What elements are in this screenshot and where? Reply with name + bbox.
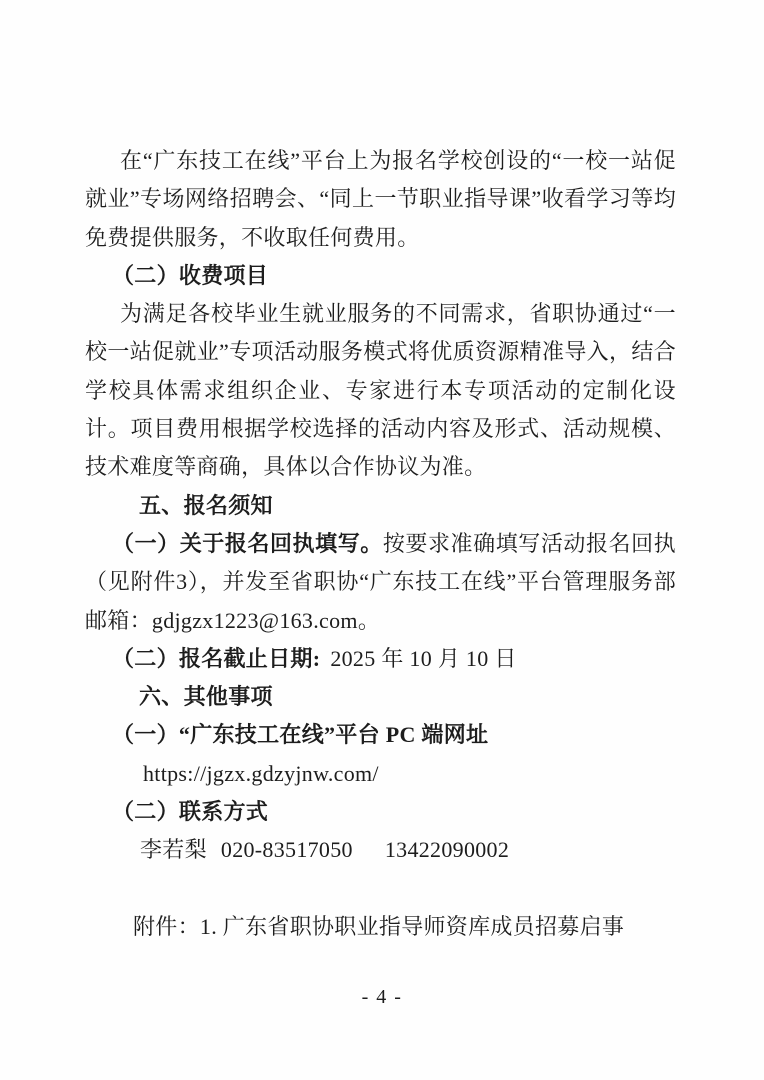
paragraph-receipt: （一）关于报名回执填写。按要求准确填写活动报名回执（见附件3），并发至省职协“广… (85, 525, 676, 640)
line-attachment: 附件：1. 广东省职协职业指导师资库成员招募启事 (85, 908, 676, 946)
heading-contact: （二）联系方式 (85, 793, 676, 831)
attachment-item: 1. 广东省职协职业指导师资库成员招募启事 (200, 914, 624, 939)
deadline-value: 2025 年 10 月 10 日 (330, 646, 516, 671)
heading-fee-items: （二）收费项目 (85, 257, 676, 295)
document-page: 在“广东技工在线”平台上为报名学校创设的“一校一站促就业”专场网络招聘会、“同上… (0, 0, 764, 1080)
heading-pc-url: （一）“广东技工在线”平台 PC 端网址 (85, 716, 676, 754)
paragraph-free-service: 在“广东技工在线”平台上为报名学校创设的“一校一站促就业”专场网络招聘会、“同上… (85, 142, 676, 257)
contact-phone-2: 13422090002 (385, 837, 509, 862)
deadline-label: （二）报名截止日期: (112, 646, 320, 671)
document-body: 在“广东技工在线”平台上为报名学校创设的“一校一站促就业”专场网络招聘会、“同上… (85, 142, 676, 946)
line-deadline: （二）报名截止日期:2025 年 10 月 10 日 (85, 640, 676, 678)
contact-phone-1: 020-83517050 (221, 837, 353, 862)
heading-registration-notes: 五、报名须知 (85, 487, 676, 525)
attachment-label: 附件： (133, 914, 200, 939)
page-number: - 4 - (0, 986, 764, 1009)
line-contact: 李若梨020-8351705013422090002 (85, 831, 676, 869)
blank-line-spacer (85, 870, 676, 908)
heading-other-items: 六、其他事项 (85, 678, 676, 716)
contact-name: 李若梨 (140, 837, 207, 862)
pc-url-text: https://jgzx.gdzyjnw.com/ (85, 755, 676, 793)
paragraph-fee-detail: 为满足各校毕业生就业服务的不同需求，省职协通过“一校一站促就业”专项活动服务模式… (85, 295, 676, 486)
receipt-bold-label: （一）关于报名回执填写。 (112, 531, 383, 556)
